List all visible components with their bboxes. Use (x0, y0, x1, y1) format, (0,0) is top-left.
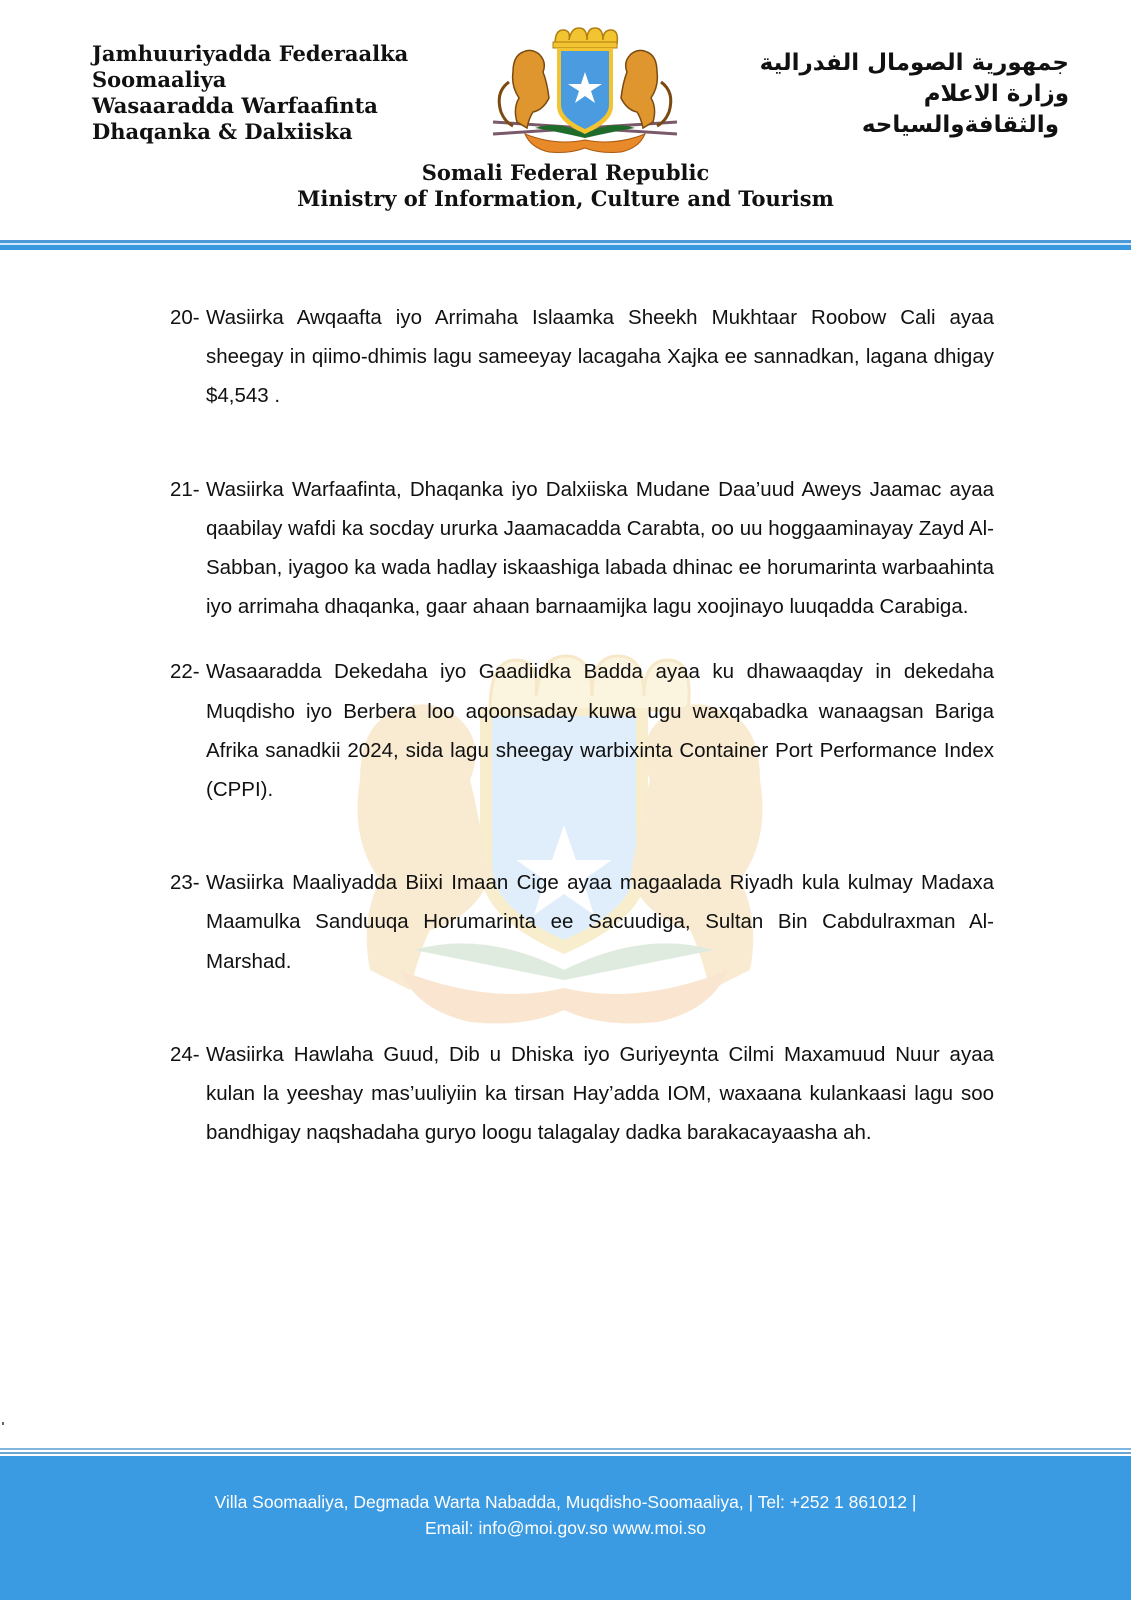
footer-address: Villa Soomaaliya, Degmada Warta Nabadda,… (0, 1489, 1131, 1515)
footer-contact: Villa Soomaaliya, Degmada Warta Nabadda,… (0, 1489, 1131, 1541)
header-arabic-line-1: جمهورية الصومال الفدرالية (760, 48, 1069, 79)
news-item-23: 23- Wasiirka Maaliyadda Biixi Imaan Cige… (170, 863, 994, 981)
header-arabic-line-2: وزارة الاعلام (760, 79, 1069, 110)
header-somali-line-3: Wasaaradda Warfaafinta (92, 93, 408, 119)
news-item-text: Wasiirka Hawlaha Guud, Dib u Dhiska iyo … (206, 1035, 994, 1153)
news-item-20: 20- Wasiirka Awqaafta iyo Arrimaha Islaa… (170, 298, 994, 416)
news-item-21: 21- Wasiirka Warfaafinta, Dhaqanka iyo D… (170, 470, 994, 627)
footer: Villa Soomaaliya, Degmada Warta Nabadda,… (0, 1452, 1131, 1600)
news-item-text: Wasiirka Warfaafinta, Dhaqanka iyo Dalxi… (206, 470, 994, 627)
somalia-coat-of-arms-icon (485, 22, 685, 162)
news-item-22: 22- Wasaaradda Dekedaha iyo Gaadiidka Ba… (170, 652, 994, 809)
header-somali-line-2: Soomaaliya (92, 67, 408, 93)
news-list: 20- Wasiirka Awqaafta iyo Arrimaha Islaa… (170, 298, 994, 1152)
news-item-text: Wasaaradda Dekedaha iyo Gaadiidka Badda … (206, 652, 994, 809)
news-item-number: 20- (170, 298, 206, 416)
header-arabic-title: جمهورية الصومال الفدرالية وزارة الاعلام … (760, 48, 1069, 141)
header-arabic-line-3: والثقافةوالسياحه (760, 110, 1059, 141)
news-item-number: 22- (170, 652, 206, 809)
footer-email-web: Email: info@moi.gov.so www.moi.so (0, 1515, 1131, 1541)
header-divider (0, 240, 1131, 250)
header-english-title: Somali Federal Republic Ministry of Info… (0, 160, 1131, 212)
news-item-number: 21- (170, 470, 206, 627)
header-somali-line-4: Dhaqanka & Dalxiiska (92, 119, 408, 145)
header-english-line-1: Somali Federal Republic (0, 160, 1131, 186)
header-somali-line-1: Jamhuuriyadda Federaalka (92, 41, 408, 67)
header-english-line-2: Ministry of Information, Culture and Tou… (0, 186, 1131, 212)
stray-mark (2, 1422, 4, 1425)
news-item-number: 23- (170, 863, 206, 981)
news-item-number: 24- (170, 1035, 206, 1153)
news-item-text: Wasiirka Maaliyadda Biixi Imaan Cige aya… (206, 863, 994, 981)
header-somali-title: Jamhuuriyadda Federaalka Soomaaliya Wasa… (92, 41, 408, 145)
news-item-24: 24- Wasiirka Hawlaha Guud, Dib u Dhiska … (170, 1035, 994, 1153)
news-item-text: Wasiirka Awqaafta iyo Arrimaha Islaamka … (206, 298, 994, 416)
